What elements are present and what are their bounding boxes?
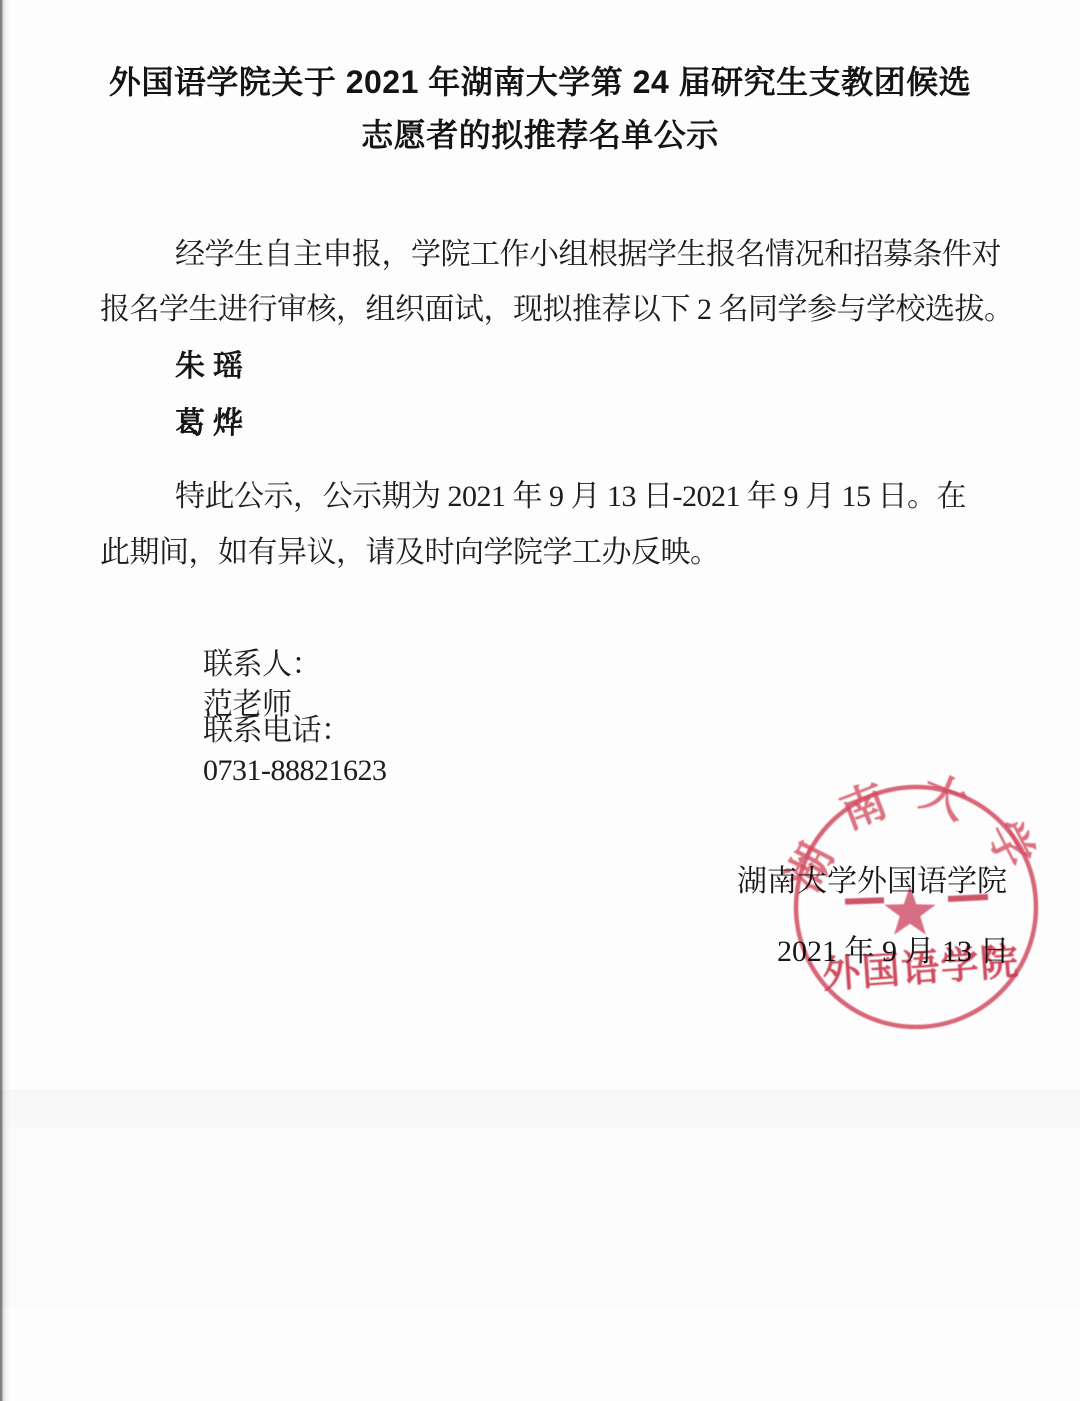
scan-band <box>0 1127 1080 1307</box>
contact-phone-label: 联系电话： <box>203 714 351 747</box>
notice-line-2: 此期间，如有异议，请及时向学院学工办反映。 <box>100 533 720 573</box>
contact-phone-line: 联系电话： 0731-88821623 <box>175 671 387 831</box>
candidate-name-1: 朱瑶 <box>175 347 251 387</box>
official-seal: 湖南大学 外国语学院 <box>770 758 1062 1050</box>
candidate-name-2: 葛烨 <box>175 404 251 444</box>
star-icon <box>884 886 935 935</box>
announcement-document: 外国语学院关于 2021 年湖南大学第 24 届研究生支教团候选 志愿者的拟推荐… <box>0 0 1080 1401</box>
intro-line-1: 经学生自主申报，学院工作小组根据学生报名情况和招募条件对 <box>175 235 1001 275</box>
document-title: 外国语学院关于 2021 年湖南大学第 24 届研究生支教团候选 志愿者的拟推荐… <box>0 56 1080 162</box>
seal-bottom-text: 外国语学院 <box>821 941 1021 997</box>
contact-phone-value: 0731-88821623 <box>203 754 387 787</box>
document-title-line-1: 外国语学院关于 2021 年湖南大学第 24 届研究生支教团候选 <box>0 56 1080 109</box>
scan-band <box>0 1089 1080 1127</box>
intro-line-2: 报名学生进行审核，组织面试，现拟推荐以下 2 名同学参与学校选拔。 <box>100 290 1014 330</box>
seal-left-dash <box>845 897 884 904</box>
notice-line-1: 特此公示，公示期为 2021 年 9 月 13 日-2021 年 9 月 15 … <box>175 477 966 517</box>
seal-right-dash <box>948 894 988 902</box>
document-title-line-2: 志愿者的拟推荐名单公示 <box>0 109 1080 162</box>
